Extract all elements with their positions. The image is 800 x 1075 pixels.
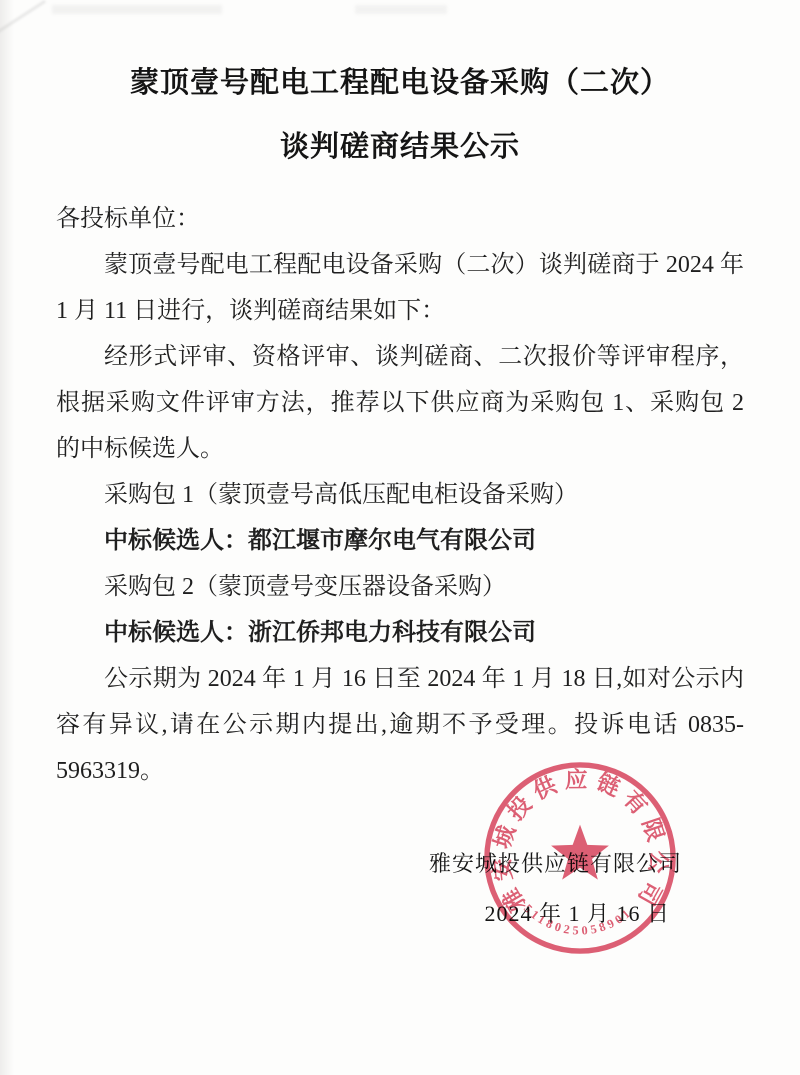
salutation-line: 各投标单位： (56, 196, 744, 242)
doc-title-line-1: 蒙顶壹号配电工程配电设备采购（二次） (0, 66, 800, 100)
doc-title-line-2: 谈判磋商结果公示 (0, 130, 800, 164)
winner-1-line: 中标候选人：都江堰市摩尔电气有限公司 (56, 518, 744, 564)
paragraph-publicity-period: 公示期为 2024 年 1 月 16 日至 2024 年 1 月 18 日,如对… (56, 656, 744, 794)
package-2-line: 采购包 2（蒙顶壹号变压器设备采购） (56, 564, 744, 610)
package-1-line: 采购包 1（蒙顶壹号高低压配电柜设备采购） (56, 472, 744, 518)
issuer-company-name: 雅安城投供应链有限公司 (429, 846, 682, 882)
winner-2-line: 中标候选人：浙江侨邦电力科技有限公司 (56, 610, 744, 656)
scan-smudge-artifact (355, 5, 447, 14)
document-body: 各投标单位： 蒙顶壹号配电工程配电设备采购（二次）谈判磋商于 2024 年 1 … (56, 196, 744, 794)
paragraph-intro: 蒙顶壹号配电工程配电设备采购（二次）谈判磋商于 2024 年 1 月 11 日进… (56, 242, 744, 334)
paragraph-evaluation: 经形式评审、资格评审、谈判磋商、二次报价等评审程序，根据采购文件评审方法，推荐以… (56, 334, 744, 472)
issue-date: 2024 年 1 月 16 日 (484, 896, 670, 932)
document-header: 蒙顶壹号配电工程配电设备采购（二次） 谈判磋商结果公示 (0, 66, 800, 164)
scan-corner-mark-artifact (0, 0, 46, 35)
scan-smudge-artifact (52, 5, 222, 14)
document-page: 蒙顶壹号配电工程配电设备采购（二次） 谈判磋商结果公示 各投标单位： 蒙顶壹号配… (0, 0, 800, 1075)
